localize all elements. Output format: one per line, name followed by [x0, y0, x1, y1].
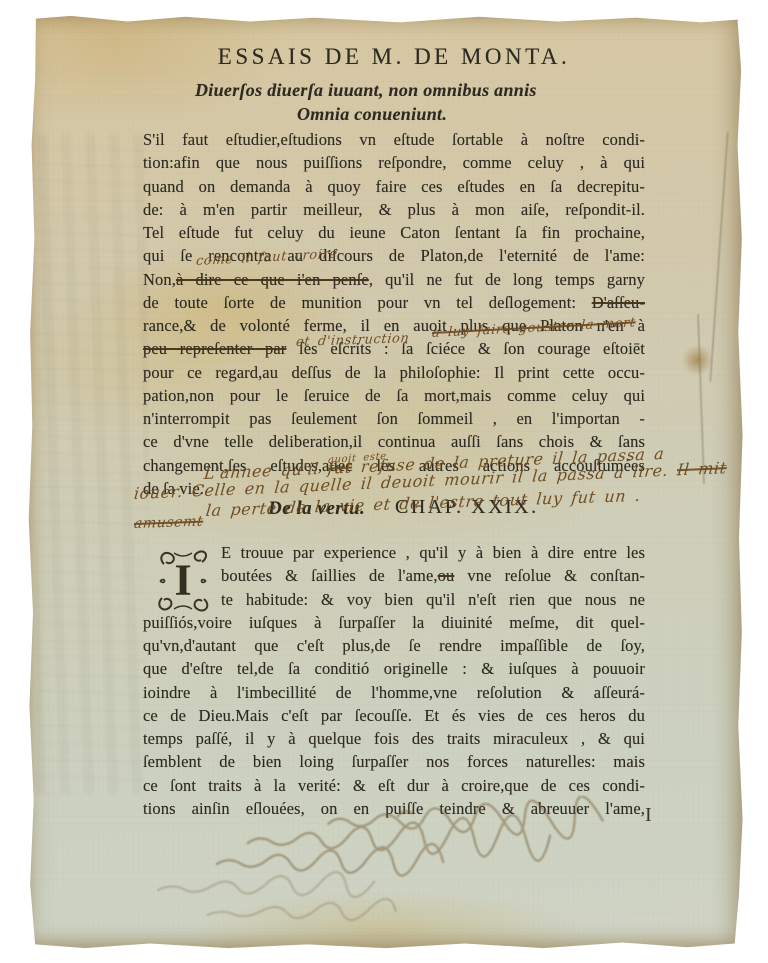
paragraph-vertu-text: E trouue par experience , qu'il y à bien…	[143, 541, 645, 820]
paper-crease	[709, 132, 728, 382]
print-text: puiſſiós,voire iuſques à ſurpaſſer la di…	[143, 613, 645, 632]
epigraph-line: Diuerſos diuerſa iuuant, non omnibus ann…	[195, 80, 537, 101]
print-text: de: à m'en partir meilleur, & plus à mon…	[143, 200, 645, 219]
print-text: n'interrompit pas ſeulement ſon ſommeil …	[143, 409, 645, 428]
print-line: de toute ſorte de munition pour vn tel d…	[143, 291, 645, 314]
print-text: pation,non pour le ſeruice de ſa mort,ma…	[143, 386, 645, 405]
print-line: S'il faut eſtudier,eſtudions vn eſtude ſ…	[143, 128, 645, 151]
print-text: E trouue par experience , qu'il y à bien…	[221, 543, 645, 562]
print-text: S'il faut eſtudier,eſtudions vn eſtude ſ…	[143, 130, 645, 149]
print-text: qu'vn,d'autant que c'eſt plus,de ſe rend…	[143, 636, 645, 655]
print-text: vne reſolue & conſtan-	[454, 566, 645, 585]
struck-text: peu repreſenter par	[143, 339, 286, 358]
print-text: tion:afin que nous puiſſions reſpondre, …	[143, 153, 645, 172]
print-text: quand on demanda à quoy faire ces eſtude…	[143, 177, 645, 196]
print-text: de toute ſorte de munition pour vn tel d…	[143, 293, 592, 312]
print-line: boutées & ſaillies de l'ame,ou vne reſol…	[143, 564, 645, 587]
page-header: ESSAIS DE M. DE MONTA.	[143, 44, 645, 70]
print-line: tion:afin que nous puiſſions reſpondre, …	[143, 151, 645, 174]
print-line: ſemblent de bien loing ſurpaſſer nos for…	[143, 750, 645, 773]
print-text: que d'eſtre tel,de ſa conditió originell…	[143, 659, 645, 678]
paragraph-essais-text: S'il faut eſtudier,eſtudions vn eſtude ſ…	[143, 128, 645, 500]
print-line: te habitude: & voy bien qu'il n'eſt rien…	[143, 588, 645, 611]
print-text: , qu'il ne fut de long temps garny	[369, 270, 645, 289]
epigraph-line: Omnia conueniunt.	[297, 104, 447, 125]
print-text: ce ſont traits à la verité: & eſt dur à …	[143, 776, 645, 795]
handwritten-struck-text: Il mit	[676, 458, 728, 479]
print-line: puiſſiós,voire iuſques à ſurpaſſer la di…	[143, 611, 645, 634]
handwritten-struck-text: amusemt	[133, 514, 204, 532]
print-text: temps paſſé, il y à quelque fois des tra…	[143, 729, 645, 748]
struck-text: ou	[438, 566, 455, 585]
print-line: ce ſont traits à la verité: & eſt dur à …	[143, 774, 645, 797]
print-line: Non,à dire ce que i'en penſe, qu'il ne f…	[143, 268, 645, 291]
print-line: de: à m'en partir meilleur, & plus à mon…	[143, 198, 645, 221]
print-text: boutées & ſaillies de l'ame,	[221, 566, 438, 585]
print-text: Non,	[143, 270, 176, 289]
print-line: n'interrompit pas ſeulement ſon ſommeil …	[143, 407, 645, 430]
print-line: pation,non pour le ſeruice de ſa mort,ma…	[143, 384, 645, 407]
page-paper: ESSAIS DE M. DE MONTA. Diuerſos diuerſa …	[28, 14, 744, 950]
print-line: ce de Dieu.Mais c'eſt par ſecouſſe. Et é…	[143, 704, 645, 727]
print-line: ioindre à l'imbecillité de l'homme,vne r…	[143, 681, 645, 704]
print-text: pour ce regard,au deſſus de la philoſoph…	[143, 363, 645, 382]
print-text: ce de Dieu.Mais c'eſt par ſecouſſe. Et é…	[143, 706, 645, 725]
ink-bleedthrough-bottom	[98, 796, 678, 936]
print-text: ioindre à l'imbecillité de l'homme,vne r…	[143, 683, 645, 702]
ink-bleedthrough-left-margin	[36, 134, 148, 794]
print-text: Tel eſtude fut celuy du ieune Caton ſent…	[143, 223, 645, 242]
print-line: E trouue par experience , qu'il y à bien…	[143, 541, 645, 564]
print-text: te habitude: & voy bien qu'il n'eſt rien…	[221, 590, 645, 609]
print-line: temps paſſé, il y à quelque fois des tra…	[143, 727, 645, 750]
print-line: pour ce regard,au deſſus de la philoſoph…	[143, 361, 645, 384]
print-line: que d'eſtre tel,de ſa conditió originell…	[143, 657, 645, 680]
print-line: quand on demanda à quoy faire ces eſtude…	[143, 175, 645, 198]
print-line: Tel eſtude fut celuy du ieune Caton ſent…	[143, 221, 645, 244]
struck-text: D'aſſeu-	[592, 293, 645, 312]
scanned-page: ESSAIS DE M. DE MONTA. Diuerſos diuerſa …	[0, 0, 768, 963]
print-line: qu'vn,d'autant que c'eſt plus,de ſe rend…	[143, 634, 645, 657]
print-text: ſemblent de bien loing ſurpaſſer nos for…	[143, 752, 645, 771]
struck-text: à dire ce que i'en penſe	[176, 270, 369, 289]
handwritten-annotation: amusemt	[133, 514, 204, 532]
